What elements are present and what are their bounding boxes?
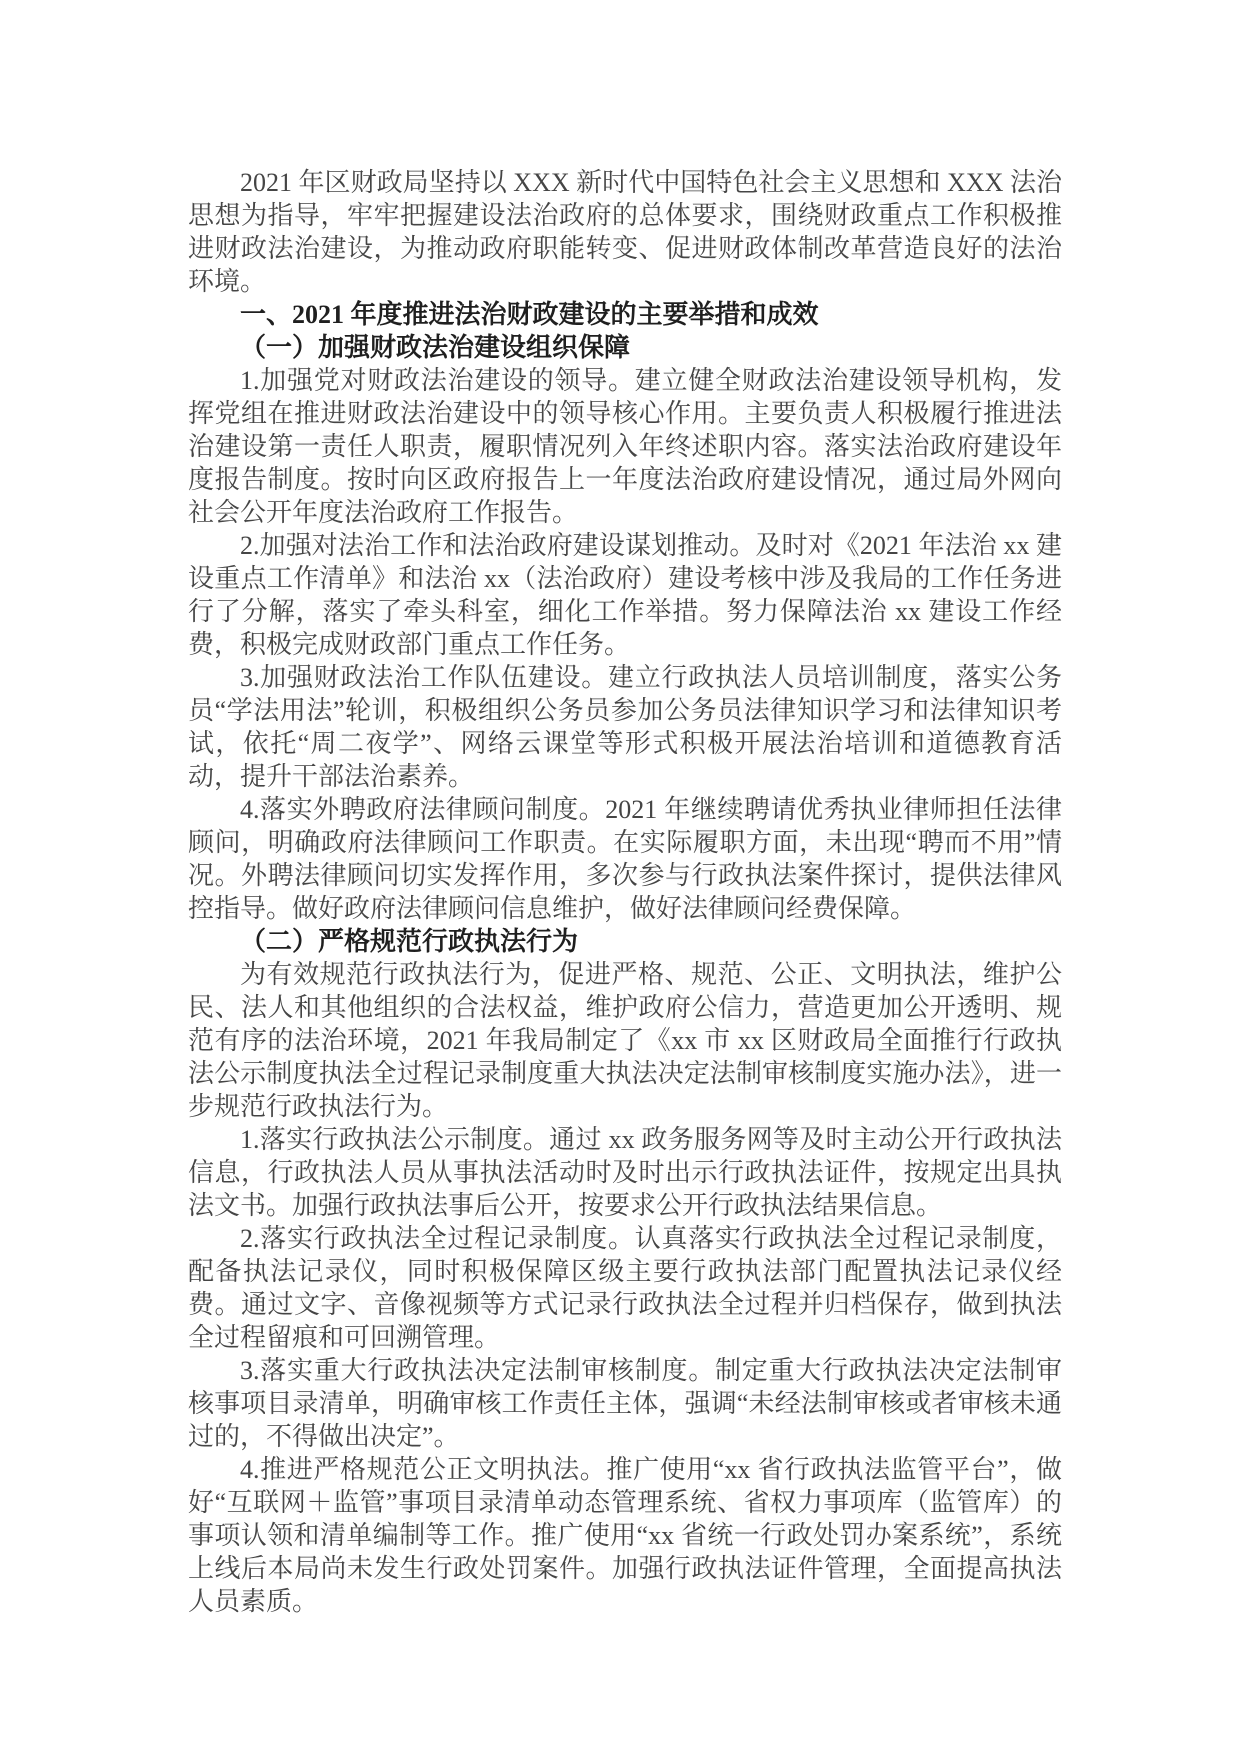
subsection-heading: （一）加强财政法治建设组织保障 (188, 331, 1062, 364)
document-page: 2021 年区财政局坚持以 XXX 新时代中国特色社会主义思想和 XXX 法治思… (0, 0, 1240, 1754)
paragraph: 2021 年区财政局坚持以 XXX 新时代中国特色社会主义思想和 XXX 法治思… (188, 166, 1062, 298)
paragraph: 1.加强党对财政法治建设的领导。建立健全财政法治建设领导机构，发挥党组在推进财政… (188, 364, 1062, 529)
paragraph: 4.推进严格规范公正文明执法。推广使用“xx 省行政执法监管平台”，做好“互联网… (188, 1453, 1062, 1618)
paragraph: 3.加强财政法治工作队伍建设。建立行政执法人员培训制度，落实公务员“学法用法”轮… (188, 661, 1062, 793)
subsection-heading: （二）严格规范行政执法行为 (188, 925, 1062, 958)
paragraph: 3.落实重大行政执法决定法制审核制度。制定重大行政执法决定法制审核事项目录清单，… (188, 1354, 1062, 1453)
paragraph: 2.落实行政执法全过程记录制度。认真落实行政执法全过程记录制度，配备执法记录仪，… (188, 1222, 1062, 1354)
paragraph: 1.落实行政执法公示制度。通过 xx 政务服务网等及时主动公开行政执法信息，行政… (188, 1123, 1062, 1222)
document-body: 2021 年区财政局坚持以 XXX 新时代中国特色社会主义思想和 XXX 法治思… (188, 166, 1062, 1618)
paragraph: 2.加强对法治工作和法治政府建设谋划推动。及时对《2021 年法治 xx 建设重… (188, 529, 1062, 661)
paragraph: 为有效规范行政执法行为，促进严格、规范、公正、文明执法，维护公民、法人和其他组织… (188, 958, 1062, 1123)
paragraph: 4.落实外聘政府法律顾问制度。2021 年继续聘请优秀执业律师担任法律顾问，明确… (188, 793, 1062, 925)
section-heading: 一、2021 年度推进法治财政建设的主要举措和成效 (188, 298, 1062, 331)
